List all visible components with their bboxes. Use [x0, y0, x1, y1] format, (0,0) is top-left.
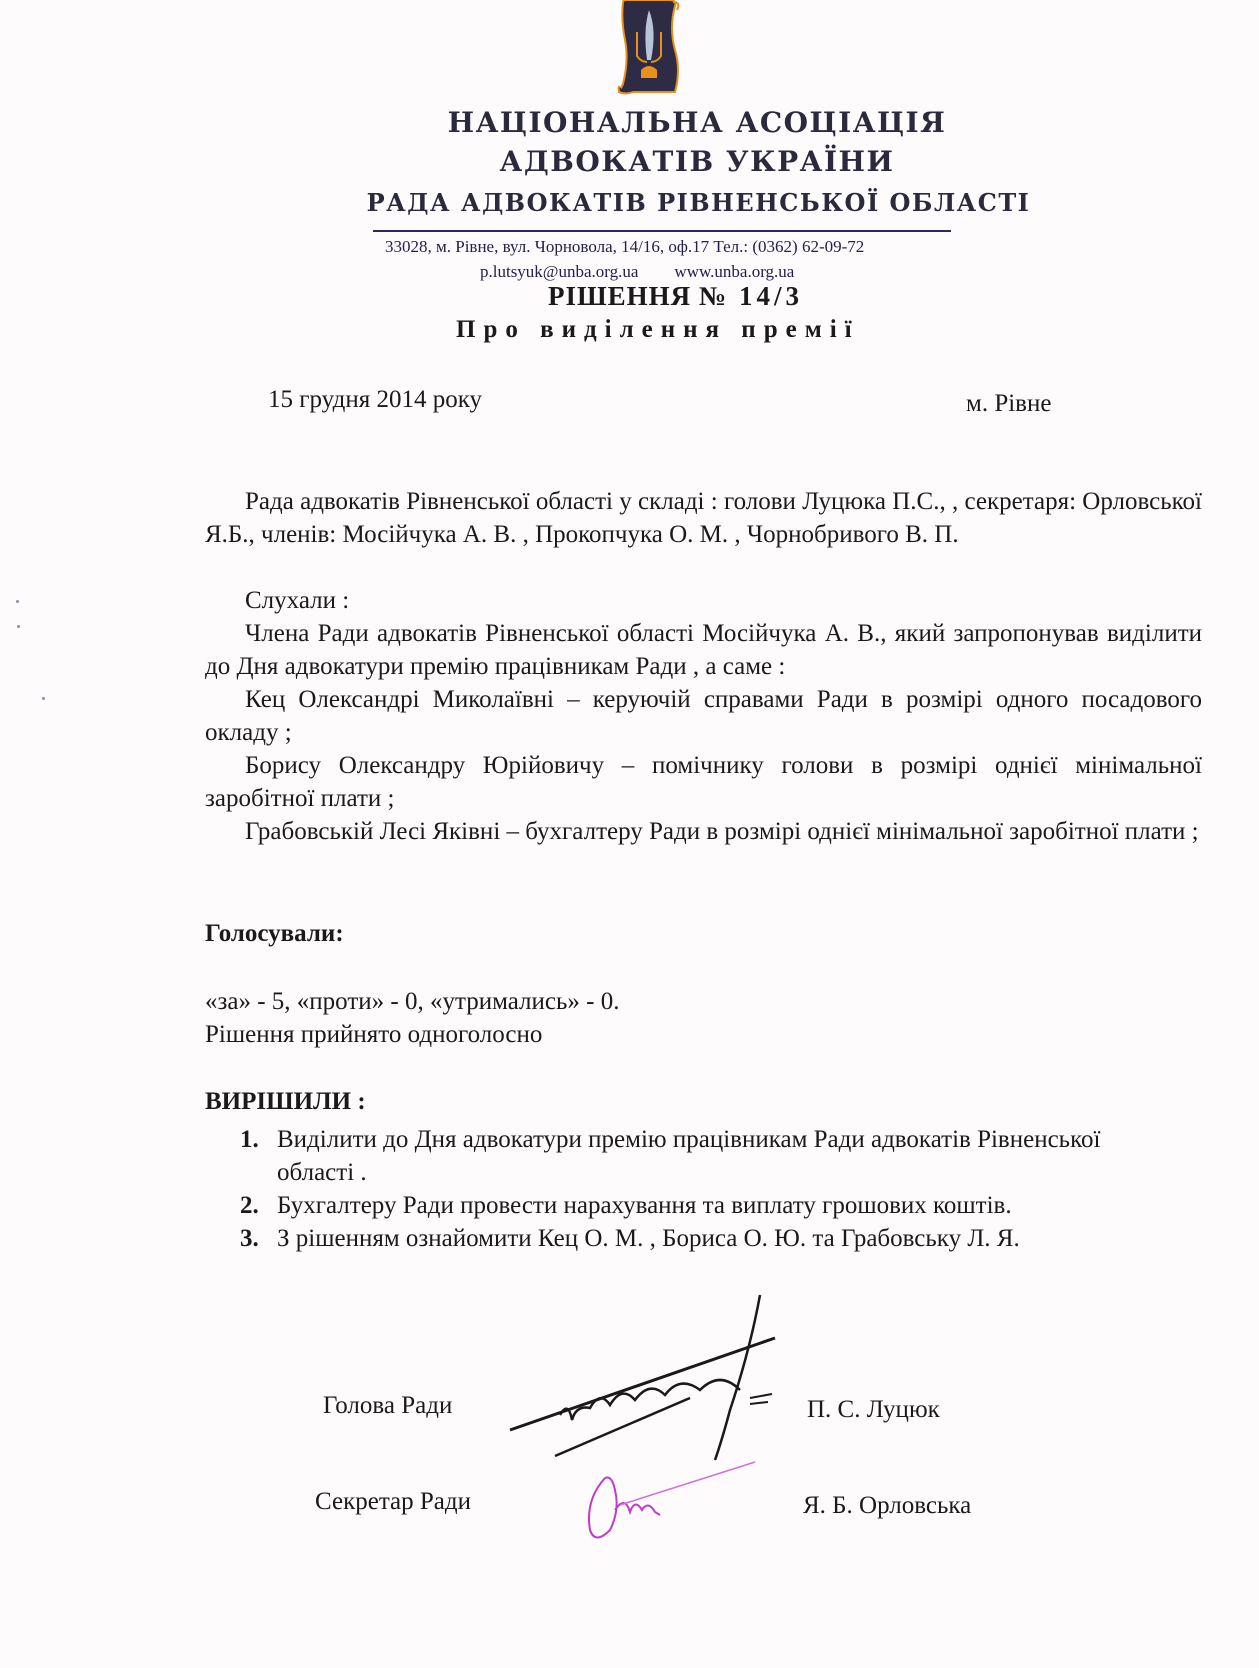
composition-text: Рада адвокатів Рівненської області у скл…: [205, 488, 1202, 548]
scan-speck: [42, 697, 45, 700]
secretary-name: Я. Б. Орловська: [803, 1492, 971, 1520]
scan-speck: [17, 625, 20, 628]
email-link[interactable]: p.lutsyuk@unba.org.ua: [480, 262, 638, 281]
composition-paragraph: Рада адвокатів Рівненської області у скл…: [205, 485, 1202, 551]
chair-name: П. С. Луцюк: [807, 1396, 940, 1424]
secretary-signature: [560, 1460, 760, 1550]
org-name-line2: АДВОКАТІВ УКРАЇНИ: [0, 145, 1259, 178]
heard-label: Слухали :: [245, 584, 349, 617]
chair-signature: [450, 1290, 790, 1470]
decision-subject: Про виділення премії: [456, 316, 860, 344]
secretary-role: Секретар Ради: [315, 1488, 471, 1516]
council-name: РАДА АДВОКАТІВ РІВНЕНСЬКОЇ ОБЛАСТІ: [0, 188, 1259, 217]
resolved-item: 1. Виділити до Дня адвокатури премію пра…: [240, 1123, 1170, 1189]
scan-speck: [16, 600, 19, 603]
association-logo-icon: [611, 0, 683, 95]
decision-date: 15 грудня 2014 року: [268, 386, 482, 414]
decision-title: РІШЕННЯ №14/3: [548, 281, 803, 312]
award-text: Грабовській Лесі Яківні – бухгалтеру Рад…: [245, 818, 1199, 845]
award-item: Грабовській Лесі Яківні – бухгалтеру Рад…: [205, 815, 1202, 848]
resolved-item: 2. Бухгалтеру Ради провести нарахування …: [240, 1189, 1170, 1222]
chair-role: Голова Ради: [323, 1392, 452, 1420]
resolved-item: 3. З рішенням ознайомити Кец О. М. , Бор…: [240, 1222, 1170, 1255]
decision-title-label: РІШЕННЯ №: [548, 281, 727, 311]
heard-paragraph: Члена Ради адвокатів Рівненської області…: [205, 617, 1202, 683]
org-name-line1: НАЦІОНАЛЬНА АСОЦІАЦІЯ: [0, 106, 1259, 139]
vote-result: «за» - 5, «проти» - 0, «утримались» - 0.: [205, 985, 619, 1018]
item-text: Виділити до Дня адвокатури премію праців…: [277, 1123, 1170, 1189]
item-text: Бухгалтеру Ради провести нарахування та …: [277, 1189, 1012, 1222]
award-item: Кец Олександрі Миколаївні – керуючій спр…: [205, 683, 1202, 749]
award-text: Борису Олександру Юрійовичу – помічнику …: [205, 752, 1202, 812]
item-number: 2.: [240, 1189, 277, 1222]
website-link[interactable]: www.unba.org.ua: [674, 262, 794, 281]
resolved-heading: ВИРІШИЛИ :: [205, 1088, 366, 1116]
award-text: Кец Олександрі Миколаївні – керуючій спр…: [205, 686, 1202, 746]
letterhead-divider: [373, 230, 951, 232]
heard-text: Члена Ради адвокатів Рівненської області…: [205, 620, 1202, 680]
item-number: 3.: [240, 1222, 277, 1255]
voted-heading: Голосували:: [205, 920, 344, 948]
decision-city: м. Рівне: [966, 390, 1051, 418]
address: 33028, м. Рівне, вул. Чорновола, 14/16, …: [385, 237, 864, 257]
item-text: З рішенням ознайомити Кец О. М. , Бориса…: [277, 1222, 1020, 1255]
decision-number: 14/3: [739, 281, 803, 311]
vote-summary: Рішення прийнято одноголосно: [205, 1018, 542, 1051]
resolved-list: 1. Виділити до Дня адвокатури премію пра…: [240, 1123, 1170, 1255]
contacts: p.lutsyuk@unba.org.uawww.unba.org.ua: [480, 262, 794, 282]
item-number: 1.: [240, 1123, 277, 1189]
award-item: Борису Олександру Юрійовичу – помічнику …: [205, 749, 1202, 815]
